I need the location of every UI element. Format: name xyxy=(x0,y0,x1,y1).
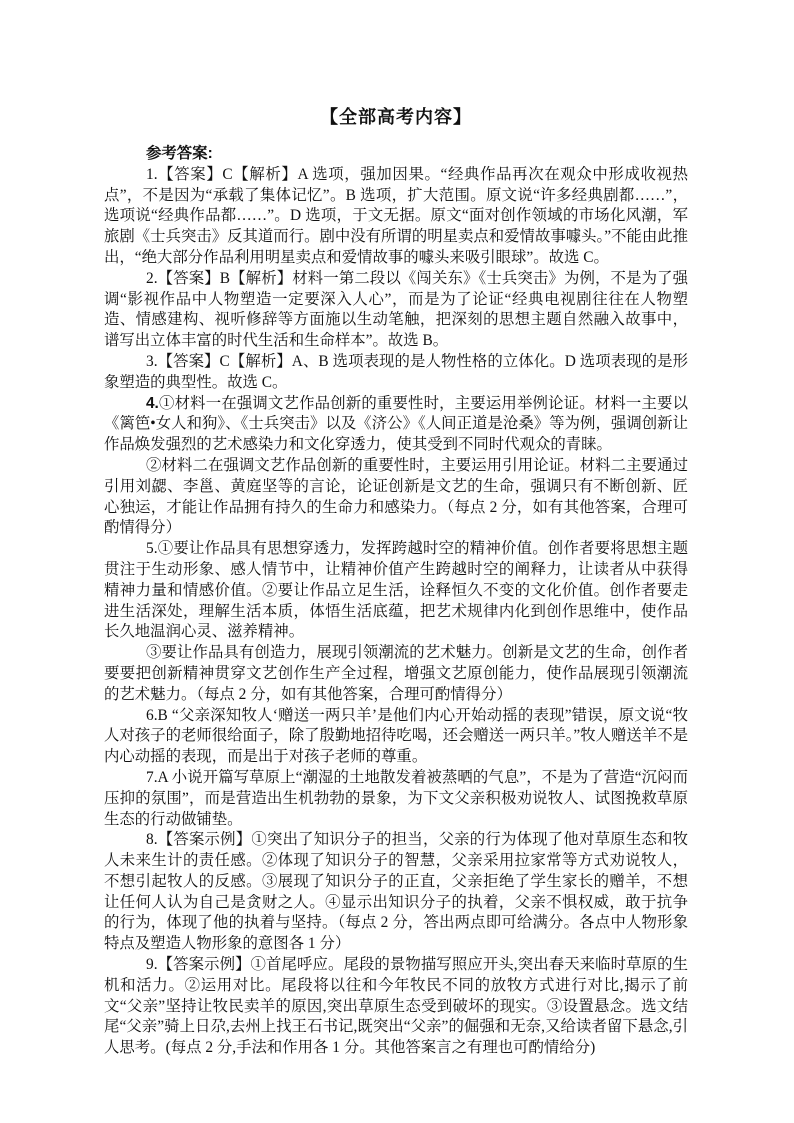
answer-paragraph-9: 9.【答案示例】①首尾呼应。尾段的景物描写照应开头,突出春天来临时草原的生机和活… xyxy=(104,955,688,1059)
paragraph-text: 7.A 小说开篇写草原上“潮湿的土地散发着被蒸晒的气息”，不是为了营造“沉闷而压… xyxy=(104,769,688,828)
paragraph-text: ②材料二在强调文艺作品创新的重要性时，主要运用引用论证。材料二主要通过引用刘勰、… xyxy=(104,457,688,536)
paragraph-text: 1.【答案】C【解析】A 选项，强加因果。“经典作品再次在观众中形成收视热点”，… xyxy=(104,166,688,266)
answer-paragraph-4b: ②材料二在强调文艺作品创新的重要性时，主要运用引用论证。材料二主要通过引用刘勰、… xyxy=(104,456,688,539)
paragraph-text: 3.【答案】C【解析】A、B 选项表现的是人物性格的立体化。D 选项表现的是形象… xyxy=(104,353,688,391)
answer-paragraph-7: 7.A 小说开篇写草原上“潮湿的土地散发着被蒸晒的气息”，不是为了营造“沉闷而压… xyxy=(104,768,688,830)
paragraph-number: 4. xyxy=(146,395,159,412)
paragraph-text: 9.【答案示例】①首尾呼应。尾段的景物描写照应开头,突出春天来临时草原的生机和活… xyxy=(104,956,688,1056)
answer-paragraph-5b: ③要让作品具有创造力，展现引领潮流的艺术魅力。创新是文艺的生命，创作者要要把创新… xyxy=(104,643,688,705)
paragraph-text: 6.B “父亲深知牧人‘赠送一两只羊’是他们内心开始动摇的表现”错误，原文说“牧… xyxy=(104,707,688,766)
reference-answers-heading: 参考答案: xyxy=(104,144,688,165)
paragraph-text: 5.①要让作品具有思想穿透力，发挥跨越时空的精神价值。创作者要将思想主题贯注于生… xyxy=(104,540,688,640)
paragraph-text: 8.【答案示例】①突出了知识分子的担当，父亲的行为体现了他对草原生态和牧人未来生… xyxy=(104,831,688,952)
page-title: 【全部高考内容】 xyxy=(104,104,688,130)
paragraph-text: ①材料一在强调文艺作品创新的重要性时，主要运用举例论证。材料一主要以《篱笆•女人… xyxy=(104,395,688,454)
answer-paragraph-2: 2.【答案】B【解析】材料一第二段以《闯关东》《士兵突击》为例，不是为了强调“影… xyxy=(104,269,688,352)
answer-paragraph-5: 5.①要让作品具有思想穿透力，发挥跨越时空的精神价值。创作者要将思想主题贯注于生… xyxy=(104,539,688,643)
document-page: 【全部高考内容】 参考答案: 1.【答案】C【解析】A 选项，强加因果。“经典作… xyxy=(0,0,794,1123)
answer-paragraph-1: 1.【答案】C【解析】A 选项，强加因果。“经典作品再次在观众中形成收视热点”，… xyxy=(104,165,688,269)
answer-paragraph-4: 4.①材料一在强调文艺作品创新的重要性时，主要运用举例论证。材料一主要以《篱笆•… xyxy=(104,394,688,456)
paragraph-text: ③要让作品具有创造力，展现引领潮流的艺术魅力。创新是文艺的生命，创作者要要把创新… xyxy=(104,644,688,703)
answer-paragraph-3: 3.【答案】C【解析】A、B 选项表现的是人物性格的立体化。D 选项表现的是形象… xyxy=(104,352,688,394)
answer-paragraph-8: 8.【答案示例】①突出了知识分子的担当，父亲的行为体现了他对草原生态和牧人未来生… xyxy=(104,830,688,955)
paragraph-text: 2.【答案】B【解析】材料一第二段以《闯关东》《士兵突击》为例，不是为了强调“影… xyxy=(104,270,688,349)
document-content: 【全部高考内容】 参考答案: 1.【答案】C【解析】A 选项，强加因果。“经典作… xyxy=(104,104,688,1059)
answer-paragraph-6: 6.B “父亲深知牧人‘赠送一两只羊’是他们内心开始动摇的表现”错误，原文说“牧… xyxy=(104,706,688,768)
